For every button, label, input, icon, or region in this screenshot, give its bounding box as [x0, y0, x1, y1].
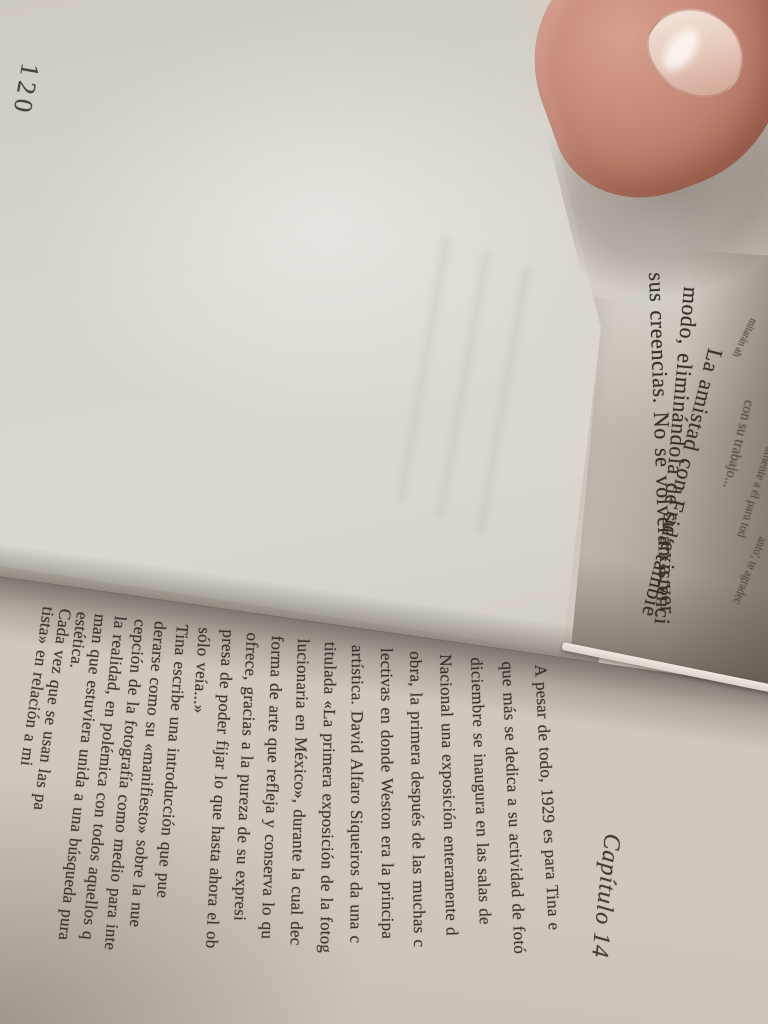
book-photo: Capítulo 14 A pesar de todo, 1929 es par… [0, 0, 768, 1024]
corner-vignette [0, 0, 768, 1024]
